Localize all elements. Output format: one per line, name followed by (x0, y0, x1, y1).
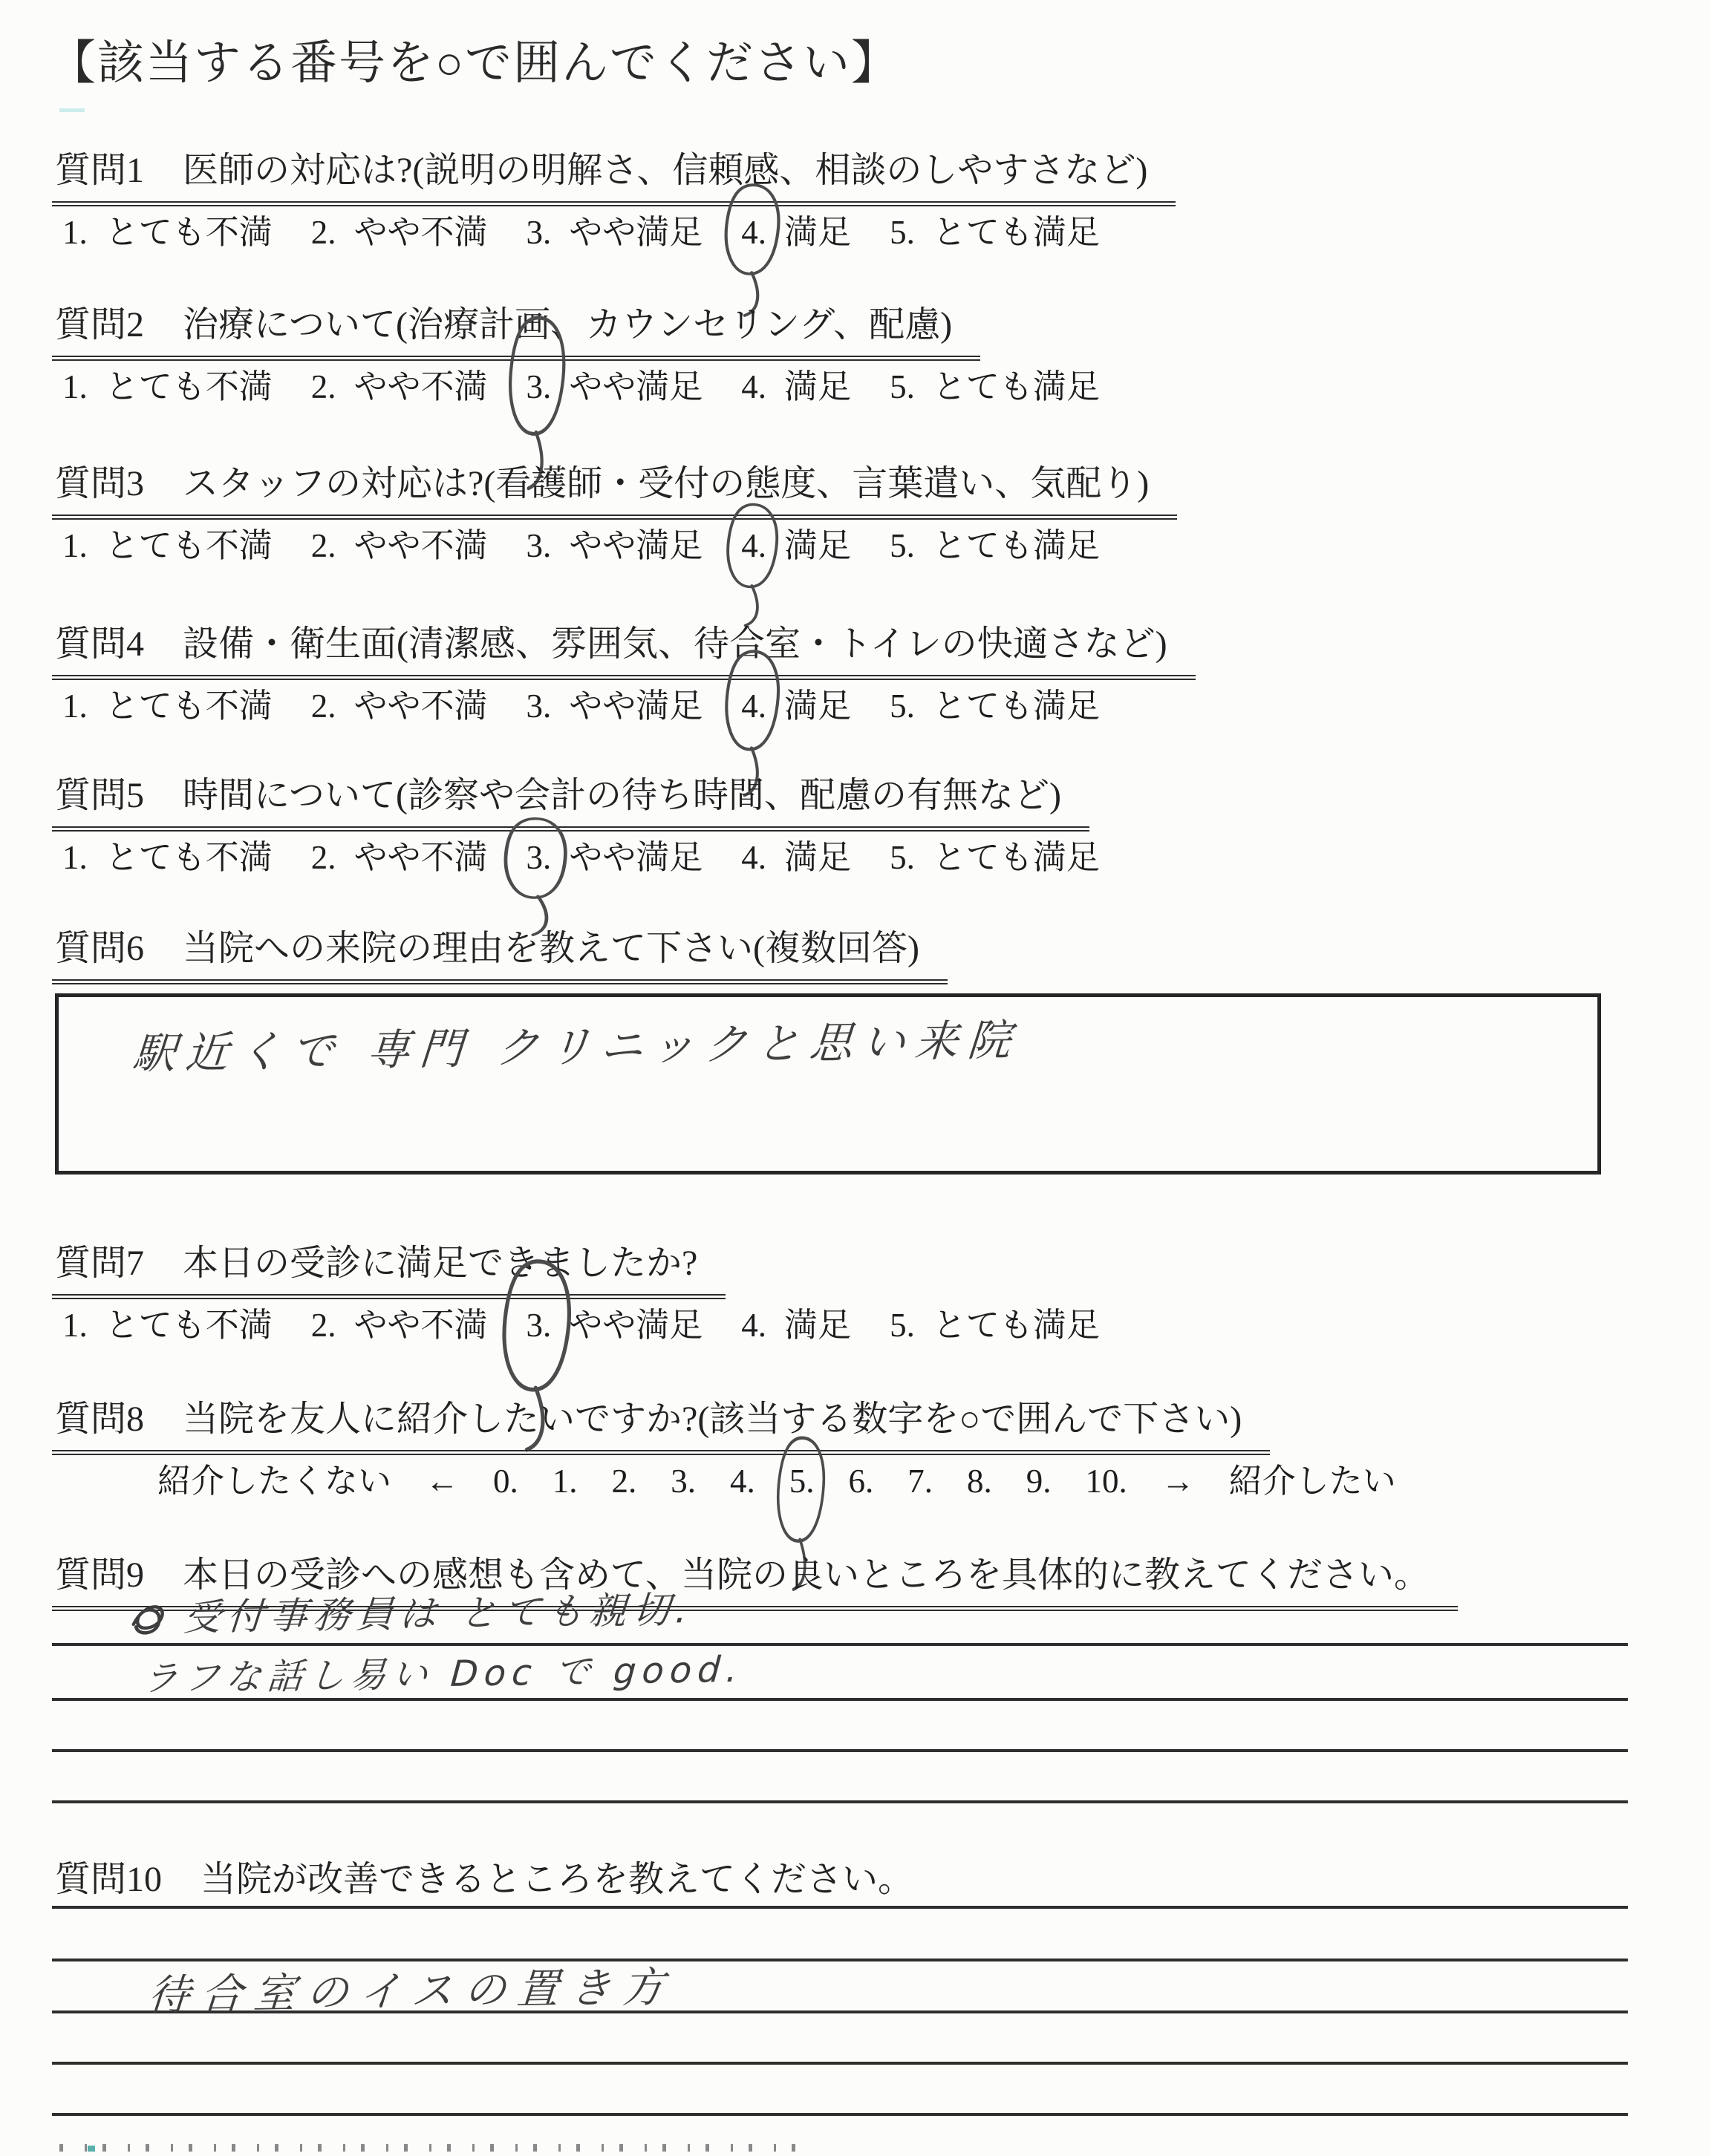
handwriting-text: 待合室のイスの置き方 (146, 1954, 677, 2022)
left-arrow-icon: ← (426, 1462, 459, 1500)
handwriting-text: 駅近くで 専門 クリニックと思い来院 (131, 1005, 1023, 1082)
nps-number: 4. (730, 1462, 755, 1500)
option-label: やや不満 (354, 679, 488, 727)
option-label: とても不満 (105, 359, 273, 408)
question-title: 当院への来院の理由を教えて下さい(複数回答) (183, 929, 919, 968)
option-number: 1. (62, 1306, 88, 1345)
scale-option: 1.とても不満 (62, 205, 273, 253)
option-label: やや満足 (569, 359, 703, 408)
scale-option: 5.とても満足 (890, 830, 1100, 878)
question-heading: 質問7本日の受診に満足できましたか? (52, 1234, 726, 1299)
option-number: 1. (62, 367, 88, 406)
nps-number: 9. (1026, 1462, 1052, 1500)
question-heading: 質問3スタッフの対応は?(看護師・受付の態度、言葉遣い、気配り) (52, 454, 1177, 520)
option-label: とても満足 (933, 1298, 1100, 1346)
question-title: 治療について(治療計画、カウンセリング、配慮) (183, 305, 952, 344)
option-number: 5. (890, 687, 915, 725)
answer-scale-row: 1.とても不満2.やや不満3.やや満足4.満足5.とても満足 (62, 205, 1100, 253)
option-label: 満足 (784, 830, 851, 878)
option-label: とても不満 (105, 1298, 273, 1346)
scale-option: 5.とても満足 (890, 359, 1100, 408)
option-number: 5. (890, 1306, 915, 1345)
option-label: やや満足 (569, 679, 703, 727)
option-label: とても満足 (933, 518, 1100, 566)
question-title: 時間について(診察や会計の待ち時間、配慮の有無など) (183, 776, 1061, 815)
question-block: 質問9本日の受診への感想も含めて、当院の良いところを具体的に教えてください。受付… (0, 1546, 1711, 1553)
scale-option: 4.満足 (741, 1298, 851, 1346)
nps-number: 10. (1086, 1462, 1127, 1500)
question-number: 質問6 (55, 929, 144, 968)
question-number: 質問10 (55, 1860, 162, 1899)
option-number: 4. (741, 526, 766, 565)
answer-scale-row: 1.とても不満2.やや不満3.やや満足4.満足5.とても満足 (62, 518, 1100, 566)
option-label: やや不満 (354, 518, 488, 566)
scale-option: 1.とても不満 (62, 359, 273, 408)
scale-option: 2.やや不満 (311, 1298, 488, 1346)
scale-option: 5.とても満足 (890, 1298, 1100, 1346)
handwriting-text: 受付事務員は とても親切. (123, 1580, 695, 1642)
question-title: 本日の受診に満足できましたか? (183, 1244, 697, 1283)
option-label: とても満足 (933, 205, 1100, 253)
question-heading: 質問10当院が改善できるところを教えてください。 (52, 1850, 942, 1910)
nps-number: 1. (553, 1462, 578, 1500)
option-number: 4. (741, 213, 766, 252)
question-title: 当院を友人に紹介したいですか?(該当する数字を○で囲んで下さい) (183, 1399, 1242, 1439)
cropped-bottom-text (59, 2144, 817, 2152)
scale-option: 4.満足 (741, 679, 851, 727)
option-number: 3. (527, 213, 552, 252)
option-label: やや不満 (354, 359, 488, 408)
option-number: 3. (527, 687, 552, 725)
question-heading: 質問8当院を友人に紹介したいですか?(該当する数字を○で囲んで下さい) (52, 1390, 1270, 1455)
option-number: 1. (62, 526, 88, 565)
option-number: 2. (311, 367, 336, 406)
question-heading: 質問5時間について(診察や会計の待ち時間、配慮の有無など) (52, 766, 1089, 832)
scale-option: 3.やや満足 (527, 359, 703, 408)
option-number: 4. (741, 367, 766, 406)
scale-option: 2.やや不満 (311, 830, 488, 878)
option-number: 5. (890, 367, 915, 406)
scale-option: 2.やや不満 (311, 359, 488, 408)
ruled-line (52, 1643, 1628, 1646)
option-label: 満足 (784, 205, 851, 253)
question-block: 質問6当院への来院の理由を教えて下さい(複数回答)駅近くで 専門 クリニックと思… (0, 919, 1711, 927)
scale-option: 1.とても不満 (62, 518, 273, 566)
scale-option: 5.とても満足 (890, 679, 1100, 727)
nps-scale-row: 紹介したくない←0.1.2.3.4.5.6.7.8.9.10.→紹介したい (157, 1454, 1396, 1502)
nps-number: 2. (612, 1462, 637, 1500)
scale-option: 3.やや満足 (527, 518, 703, 566)
nps-right-label: 紹介したい (1229, 1454, 1396, 1502)
option-label: 満足 (784, 359, 851, 408)
scale-option: 1.とても不満 (62, 679, 273, 727)
question-block: 質問3スタッフの対応は?(看護師・受付の態度、言葉遣い、気配り)1.とても不満2… (0, 454, 1711, 462)
nps-number: 3. (671, 1462, 696, 1500)
question-number: 質問5 (55, 776, 144, 815)
option-label: とても満足 (933, 830, 1100, 878)
option-number: 4. (741, 838, 766, 877)
question-heading: 質問6当院への来院の理由を教えて下さい(複数回答) (52, 919, 948, 984)
ruled-line (52, 1800, 1628, 1803)
option-label: やや不満 (354, 205, 488, 253)
option-label: やや不満 (354, 830, 488, 878)
question-title: スタッフの対応は?(看護師・受付の態度、言葉遣い、気配り) (183, 464, 1149, 503)
question-heading: 質問4設備・衛生面(清潔感、雰囲気、待合室・トイレの快適さなど) (52, 615, 1196, 680)
option-number: 4. (741, 687, 766, 725)
question-block: 質問8当院を友人に紹介したいですか?(該当する数字を○で囲んで下さい)紹介したく… (0, 1390, 1711, 1397)
scale-option: 3.やや満足 (527, 830, 703, 878)
scale-option: 4.満足 (741, 205, 851, 253)
option-number: 4. (741, 1306, 766, 1345)
option-number: 2. (311, 1306, 336, 1345)
question-number: 質問8 (55, 1399, 144, 1439)
scale-option: 4.満足 (741, 830, 851, 878)
question-number: 質問1 (55, 151, 144, 190)
scale-option: 4.満足 (741, 359, 851, 408)
option-number: 3. (527, 526, 552, 565)
nps-number: 5. (789, 1462, 815, 1500)
scale-option: 2.やや不満 (311, 205, 488, 253)
scale-option: 3.やや満足 (527, 679, 703, 727)
option-number: 3. (527, 367, 552, 406)
scale-option: 3.やや満足 (527, 205, 703, 253)
option-number: 2. (311, 526, 336, 565)
ruled-line (52, 1906, 1628, 1909)
question-block: 質問2治療について(治療計画、カウンセリング、配慮)1.とても不満2.やや不満3… (0, 295, 1711, 303)
answer-scale-row: 1.とても不満2.やや不満3.やや満足4.満足5.とても満足 (62, 359, 1100, 408)
option-number: 3. (527, 838, 552, 877)
scan-artifact (59, 108, 85, 112)
question-block: 質問5時間について(診察や会計の待ち時間、配慮の有無など)1.とても不満2.やや… (0, 766, 1711, 774)
question-title: 設備・衛生面(清潔感、雰囲気、待合室・トイレの快適さなど) (183, 624, 1167, 664)
question-block: 質問4設備・衛生面(清潔感、雰囲気、待合室・トイレの快適さなど)1.とても不満2… (0, 615, 1711, 622)
nps-number: 7. (907, 1462, 933, 1500)
question-number: 質問3 (55, 464, 144, 503)
answer-scale-row: 1.とても不満2.やや不満3.やや満足4.満足5.とても満足 (62, 679, 1100, 727)
option-number: 2. (311, 687, 336, 725)
question-block: 質問10当院が改善できるところを教えてください。待合室のイスの置き方 (0, 1850, 1711, 1858)
scale-option: 5.とても満足 (890, 518, 1100, 566)
option-label: とても不満 (105, 205, 273, 253)
scale-option: 4.満足 (741, 518, 851, 566)
scale-option: 1.とても不満 (62, 830, 273, 878)
question-block: 質問1医師の対応は?(説明の明解さ、信頼感、相談のしやすさなど)1.とても不満2… (0, 141, 1711, 148)
nps-number: 8. (967, 1462, 992, 1500)
option-label: 満足 (784, 679, 851, 727)
handwriting-text: ラフな話し易い Doc で good. (141, 1641, 746, 1702)
option-label: やや満足 (569, 1298, 703, 1346)
option-label: 満足 (784, 1298, 851, 1346)
scale-option: 3.やや満足 (527, 1298, 703, 1346)
ink-scribble (123, 1595, 175, 1641)
answer-scale-row: 1.とても不満2.やや不満3.やや満足4.満足5.とても満足 (62, 830, 1100, 878)
option-label: やや満足 (569, 205, 703, 253)
scale-option: 5.とても満足 (890, 205, 1100, 253)
scale-option: 1.とても不満 (62, 1298, 273, 1346)
option-number: 1. (62, 838, 88, 877)
question-heading: 質問1医師の対応は?(説明の明解さ、信頼感、相談のしやすさなど) (52, 141, 1176, 206)
option-label: とても不満 (105, 679, 273, 727)
option-label: とても満足 (933, 359, 1100, 408)
question-number: 質問4 (55, 624, 144, 664)
option-number: 5. (890, 213, 915, 252)
answer-box: 駅近くで 専門 クリニックと思い来院 (55, 993, 1601, 1175)
option-label: とても不満 (105, 518, 273, 566)
option-number: 3. (527, 1306, 552, 1345)
option-label: やや満足 (569, 518, 703, 566)
scan-artifact (88, 2146, 95, 2152)
scanned-survey-form: 【該当する番号を○で囲んでください】 質問1医師の対応は?(説明の明解さ、信頼感… (0, 0, 1711, 2156)
option-label: とても満足 (933, 679, 1100, 727)
right-arrow-icon: → (1161, 1462, 1195, 1500)
scale-option: 2.やや不満 (311, 679, 488, 727)
form-title: 【該当する番号を○で囲んでください】 (49, 25, 899, 93)
option-label: やや不満 (354, 1298, 488, 1346)
option-label: 満足 (784, 518, 851, 566)
question-number: 質問2 (55, 305, 144, 344)
option-label: とても不満 (105, 830, 273, 878)
nps-number: 0. (493, 1462, 518, 1500)
option-number: 2. (311, 838, 336, 877)
option-number: 5. (890, 838, 915, 877)
nps-number: 6. (849, 1462, 874, 1500)
ruled-line (52, 1749, 1628, 1752)
option-number: 1. (62, 213, 88, 252)
question-block: 質問7本日の受診に満足できましたか?1.とても不満2.やや不満3.やや満足4.満… (0, 1234, 1711, 1241)
ruled-line (52, 2113, 1628, 2116)
nps-left-label: 紹介したくない (157, 1454, 391, 1502)
question-title: 当院が改善できるところを教えてください。 (201, 1860, 913, 1899)
option-number: 1. (62, 687, 88, 725)
question-title: 医師の対応は?(説明の明解さ、信頼感、相談のしやすさなど) (183, 151, 1147, 190)
answer-scale-row: 1.とても不満2.やや不満3.やや満足4.満足5.とても満足 (62, 1298, 1100, 1346)
option-number: 2. (311, 213, 336, 252)
ruled-line (52, 2062, 1628, 2065)
option-number: 5. (890, 526, 915, 565)
question-number: 質問7 (55, 1244, 144, 1283)
scale-option: 2.やや不満 (311, 518, 488, 566)
option-label: やや満足 (569, 830, 703, 878)
question-heading: 質問2治療について(治療計画、カウンセリング、配慮) (52, 295, 980, 361)
